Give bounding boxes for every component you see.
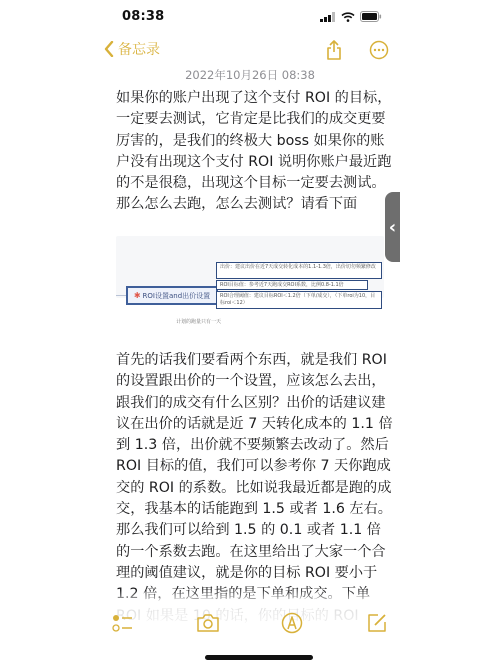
more-button[interactable]: [367, 38, 391, 62]
paragraph-text: 首先的话我们要看两个东西，就是我们 ROI 的设置跟出价的一个设置，应该怎么去出…: [116, 350, 394, 627]
checklist-button[interactable]: [110, 610, 136, 636]
navigation-bar: 备忘录: [100, 36, 400, 66]
markup-icon: [281, 612, 303, 634]
camera-button[interactable]: [195, 610, 221, 636]
mindmap-root-node: ✱ ROI设置and出价设置: [126, 286, 218, 305]
scroll-fade: [100, 590, 400, 606]
markup-button[interactable]: [279, 610, 305, 636]
chevron-left-icon: [104, 41, 114, 57]
chevron-left-icon: ‹: [389, 217, 396, 238]
status-icons: [320, 11, 382, 22]
compose-icon: [366, 612, 388, 634]
mindmap-caption: 计划的跑量只有一天: [176, 318, 221, 325]
checklist-icon: [112, 613, 134, 633]
mindmap-node-roi-threshold: ROI合理阈值：建议目标ROI＜1.2倍（下单/成交），（下单roi为10，目标…: [216, 291, 382, 309]
status-bar: 08:38: [100, 0, 400, 36]
mindmap-node-roi-target: ROI目标值：参考近7天跑成交ROI系数，比例0.8-1.1倍: [216, 280, 368, 290]
wifi-icon: [341, 12, 355, 22]
paragraph-text: 如果你的账户出现了这个支付 ROI 的目标，一定要去测试，它肯定是比我们的成交更…: [116, 88, 394, 216]
bottom-toolbar: [100, 606, 400, 640]
bullet-icon: ✱: [134, 291, 141, 300]
battery-icon: [360, 11, 382, 22]
note-paragraph-2[interactable]: 首先的话我们要看两个东西，就是我们 ROI 的设置跟出价的一个设置，应该怎么去出…: [116, 350, 394, 627]
share-icon: [325, 39, 343, 61]
back-label: 备忘录: [118, 39, 160, 59]
share-button[interactable]: [322, 38, 346, 62]
note-date: 2022年10月26日 08:38: [100, 67, 400, 83]
more-icon: [369, 40, 389, 60]
compose-button[interactable]: [364, 610, 390, 636]
signal-icon: [320, 12, 336, 22]
mindmap-image[interactable]: ✱ ROI设置and出价设置 出价：建议出价在近7天成交转化成本的1.1-1.3…: [116, 236, 384, 298]
mindmap-root-label: ROI设置and出价设置: [143, 291, 211, 301]
phone-screen: 08:38 备忘录: [100, 0, 400, 667]
mindmap-node-bid: 出价：建议出价在近7天成交转化成本的1.1-1.3倍，出价切勿频繁修改: [216, 262, 382, 279]
camera-icon: [196, 613, 220, 633]
status-time: 08:38: [122, 9, 164, 24]
back-button[interactable]: 备忘录: [104, 39, 160, 59]
side-collapse-tab[interactable]: ‹: [385, 192, 400, 262]
note-paragraph-1[interactable]: 如果你的账户出现了这个支付 ROI 的目标，一定要去测试，它肯定是比我们的成交更…: [116, 88, 394, 216]
mindmap-connector: [116, 295, 126, 296]
home-indicator[interactable]: [205, 655, 313, 660]
